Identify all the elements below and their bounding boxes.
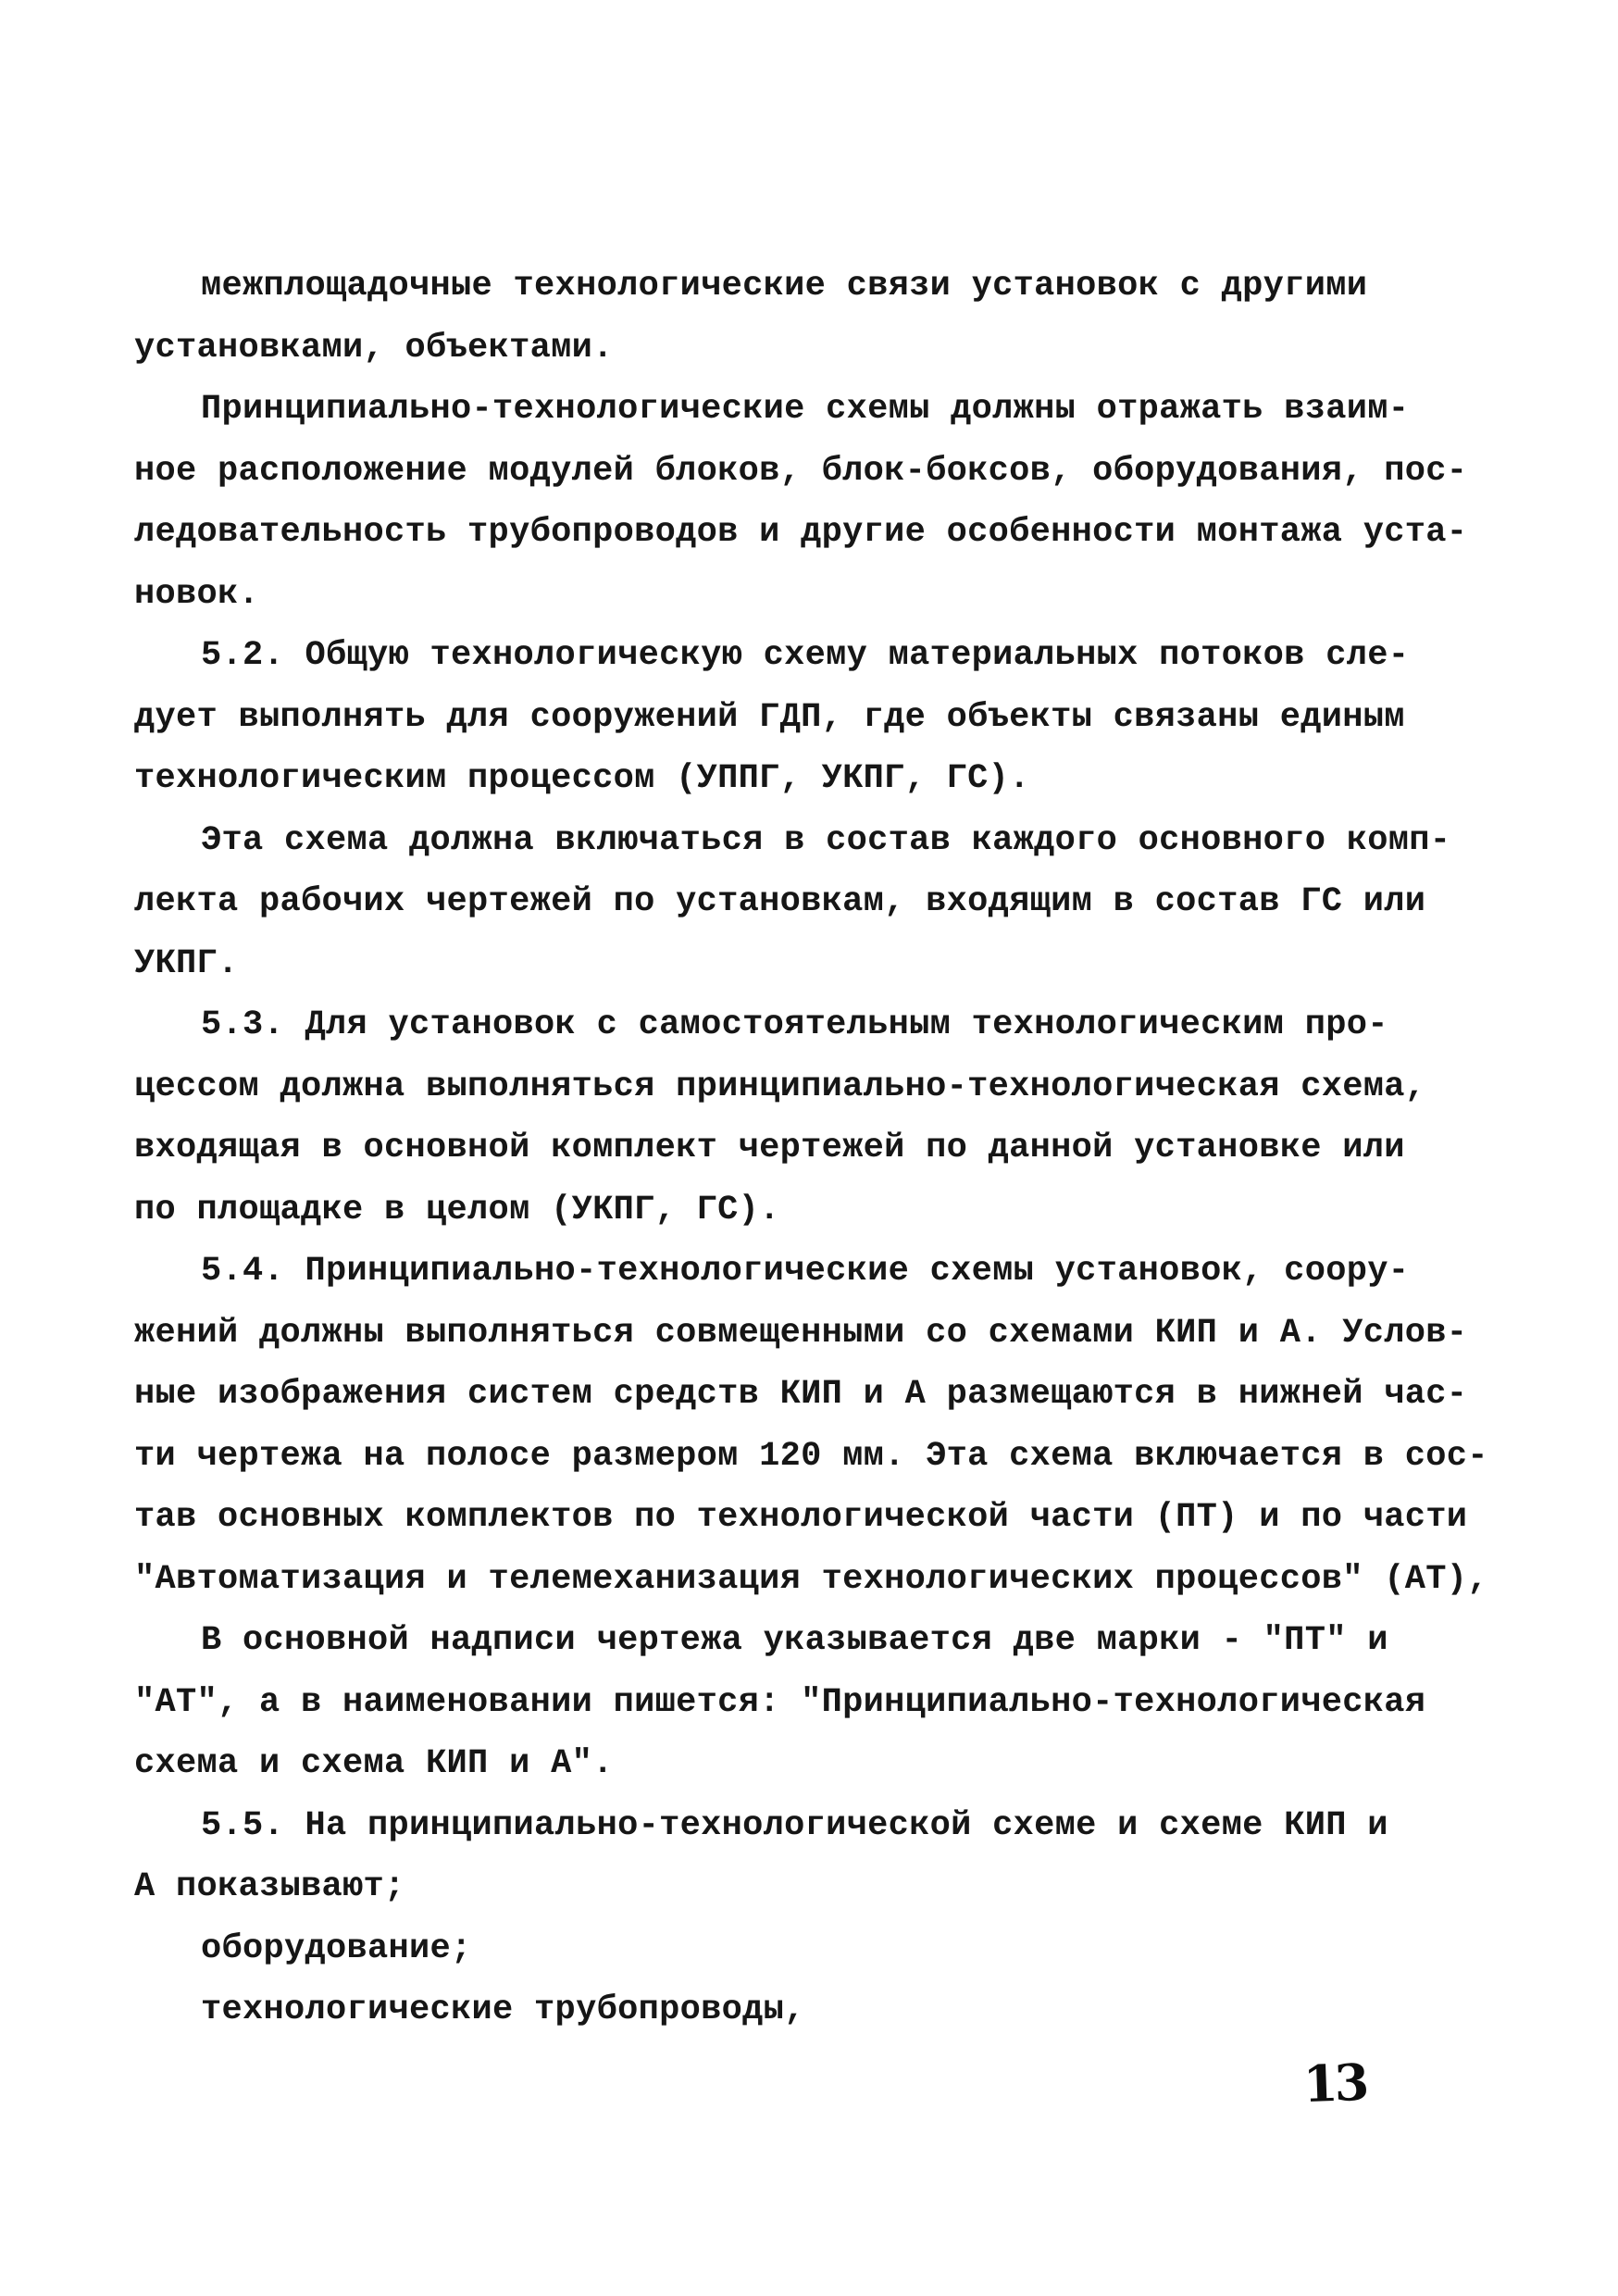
text-line: технологические трубопроводы, bbox=[134, 1979, 1523, 2041]
text-line: УКПГ. bbox=[134, 933, 1523, 995]
text-line: ледовательность трубопроводов и другие о… bbox=[134, 502, 1523, 564]
text-line: "Автоматизация и телемеханизация техноло… bbox=[134, 1549, 1523, 1611]
text-line: тав основных комплектов по технологическ… bbox=[134, 1487, 1523, 1549]
text-line: лекта рабочих чертежей по установкам, вх… bbox=[134, 871, 1523, 933]
text-line: 5.3. Для установок с самостоятельным тех… bbox=[134, 994, 1523, 1056]
text-line: А показывают; bbox=[134, 1856, 1523, 1918]
page-number: 13 bbox=[1302, 2053, 1366, 2114]
text-line: Эта схема должна включаться в состав каж… bbox=[134, 810, 1523, 872]
document-page: межплощадочные технологические связи уст… bbox=[0, 0, 1618, 2296]
text-line: 5.4. Принципиально-технологические схемы… bbox=[134, 1241, 1523, 1303]
text-line: по площадке в целом (УКПГ, ГС). bbox=[134, 1179, 1523, 1242]
text-line: межплощадочные технологические связи уст… bbox=[134, 256, 1523, 318]
text-line: ти чертежа на полосе размером 120 мм. Эт… bbox=[134, 1426, 1523, 1488]
text-line: цессом должна выполняться принципиально-… bbox=[134, 1056, 1523, 1118]
text-line: технологическим процессом (УППГ, УКПГ, Г… bbox=[134, 748, 1523, 810]
text-line: установками, объектами. bbox=[134, 318, 1523, 380]
text-line: "АТ", а в наименовании пишется: "Принцип… bbox=[134, 1672, 1523, 1734]
text-line: ные изображения систем средств КИП и А р… bbox=[134, 1364, 1523, 1426]
text-line: Принципиально-технологические схемы долж… bbox=[134, 379, 1523, 441]
text-line: В основной надписи чертежа указывается д… bbox=[134, 1610, 1523, 1672]
text-line: жений должны выполняться совмещенными со… bbox=[134, 1303, 1523, 1365]
text-line: схема и схема КИП и А". bbox=[134, 1733, 1523, 1795]
text-block: межплощадочные технологические связи уст… bbox=[134, 256, 1523, 2041]
text-line: 5.2. Общую технологическую схему материа… bbox=[134, 625, 1523, 687]
text-line: входящая в основной комплект чертежей по… bbox=[134, 1117, 1523, 1179]
text-line: ное расположение модулей блоков, блок-бо… bbox=[134, 441, 1523, 503]
text-line: оборудование; bbox=[134, 1918, 1523, 1980]
text-line: 5.5. На принципиально-технологической сх… bbox=[134, 1795, 1523, 1857]
text-line: дует выполнять для сооружений ГДП, где о… bbox=[134, 687, 1523, 749]
text-line: новок. bbox=[134, 564, 1523, 626]
